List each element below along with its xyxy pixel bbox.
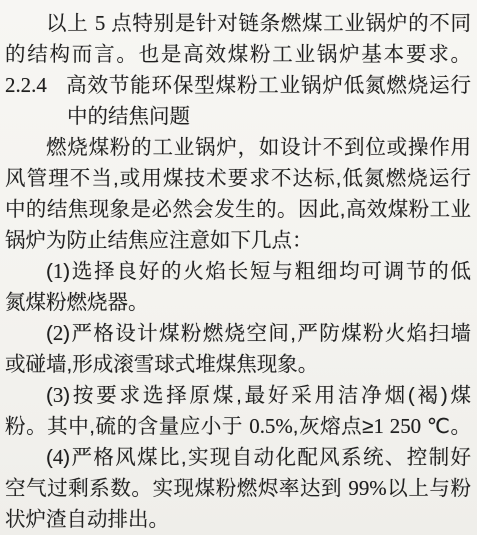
section-heading-text: 高效节能环保型煤粉工业锅炉低氮燃烧运行 [65, 74, 471, 97]
item2-line2: 或碰墙,形成滚雪球式堆煤焦现象。 [5, 349, 471, 380]
document-page: 以上 5 点特别是针对链条燃煤工业锅炉的不同 的结构而言。也是高效煤粉工业锅炉基… [0, 0, 477, 535]
section-heading-line2: 中的结焦问题 [5, 101, 471, 132]
paragraph1-line2: 的结构而言。也是高效煤粉工业锅炉基本要求。 [5, 39, 471, 70]
item2-line1: (2)严格设计煤粉燃烧空间,严防煤粉火焰扫墙 [5, 318, 471, 349]
item4-line3: 状炉渣自动排出。 [5, 504, 471, 535]
paragraph2-line2: 风管理不当,或用煤技术要求不达标,低氮燃烧运行 [5, 163, 471, 194]
item3-line1: (3)按要求选择原煤,最好采用洁净烟(褐)煤 [5, 380, 471, 411]
paragraph2-line1: 燃烧煤粉的工业锅炉，如设计不到位或操作用 [5, 132, 471, 163]
paragraph1-line1: 以上 5 点特别是针对链条燃煤工业锅炉的不同 [5, 8, 471, 39]
paragraph2-line4: 锅炉为防止结焦应注意如下几点： [5, 225, 471, 256]
section-number: 2.2.4 [5, 74, 47, 97]
paragraph2-line3: 中的结焦现象是必然会发生的。因此,高效煤粉工业 [5, 194, 471, 225]
item4-line2: 空气过剩系数。实现煤粉燃烬率达到 99%以上与粉 [5, 473, 471, 504]
item1-line1: (1)选择良好的火焰长短与粗细均可调节的低 [5, 256, 471, 287]
item4-line1: (4)严格风煤比,实现自动化配风系统、控制好 [5, 442, 471, 473]
item3-line2: 粉。其中,硫的含量应小于 0.5%,灰熔点≥1 250 ℃。 [5, 411, 471, 442]
item1-line2: 氮煤粉燃烧器。 [5, 287, 471, 318]
section-heading-line1: 2.2.4高效节能环保型煤粉工业锅炉低氮燃烧运行 [5, 70, 471, 101]
